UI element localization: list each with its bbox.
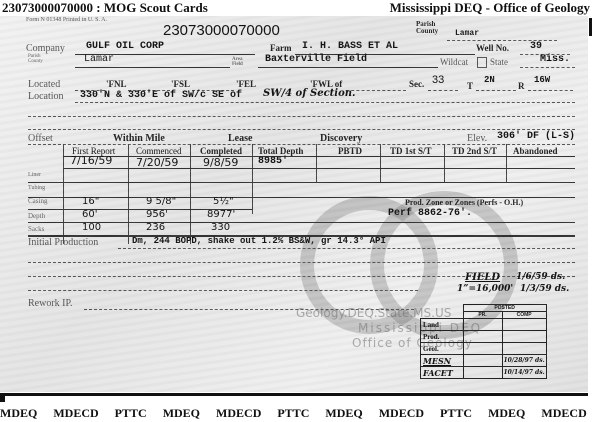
rework-label: Rework IP.	[28, 298, 72, 309]
field-note-label: FIELD	[465, 272, 500, 283]
location-handwritten-value: SW/4 of Section.	[263, 88, 356, 99]
location-line-2	[28, 116, 575, 117]
agency-title: Mississippi DEQ - Office of Geology	[390, 0, 590, 16]
table-divider-3	[252, 144, 253, 214]
header-total-depth: Total Depth	[258, 146, 303, 156]
range-value: 16W	[534, 75, 550, 85]
footer-item: MDEQ	[325, 406, 362, 420]
footer-banner: MDEQ MDECD PTTC MDEQ MDECD PTTC MDEQ MDE…	[0, 404, 594, 422]
card-bottom-edge	[0, 393, 588, 396]
card-edge-mark	[589, 18, 592, 36]
total-depth-value: 8985'	[258, 156, 288, 167]
table-divider-1	[128, 144, 129, 244]
footer-item: MDECD	[53, 406, 98, 420]
company-label: Company	[26, 43, 65, 54]
depth-row-label: Depth	[28, 214, 45, 219]
table-divider-0	[63, 144, 64, 244]
range-label: R	[518, 81, 525, 91]
fnl-label: 'FNL	[106, 79, 127, 89]
located-label: Located	[28, 79, 60, 90]
state-underline	[520, 67, 575, 68]
footer-item: MDEQ	[0, 406, 37, 420]
parish-county-underline	[75, 67, 230, 68]
offset-underline	[28, 144, 575, 145]
footer-item: PTTC	[440, 406, 472, 420]
comp-col-header: COMP	[502, 312, 546, 319]
sacks-value-3: 330	[211, 222, 230, 233]
first-report-value: 7/16/59	[70, 154, 112, 167]
parish-county-value: Lamar	[84, 54, 114, 65]
sec-value: 33	[432, 74, 444, 86]
header-pbtd: PBTD	[338, 146, 362, 156]
posting-mesn-comp: 10/28/97 ds.	[502, 355, 546, 367]
location-underline	[75, 102, 575, 103]
depth-value-1: 60'	[82, 209, 97, 220]
offset-label: Offset	[28, 133, 53, 144]
footer-item: MDECD	[216, 406, 261, 420]
tubing-row-label: Tubing	[28, 186, 45, 191]
farm-value: I. H. BASS ET AL	[302, 41, 398, 52]
posting-table: POSTED PR. COMP Land Prod. Geol.	[420, 304, 547, 379]
posting-row-land: Land	[421, 319, 464, 331]
sacks-row-label: Sacks	[28, 227, 44, 232]
posting-mesn-pr	[463, 355, 502, 367]
company-value: GULF OIL CORP	[86, 41, 164, 52]
elev-label: Elev.	[467, 133, 487, 144]
field-note-scale: 1”=16,000'	[457, 284, 513, 294]
header-completed: Completed	[200, 146, 242, 156]
posting-prod-comp	[502, 331, 546, 343]
liner-row-label: Liner	[28, 173, 41, 178]
county-value: Lamar	[455, 29, 479, 38]
wildcat-checkbox[interactable]	[477, 57, 487, 68]
pr-col-header: PR.	[463, 312, 502, 319]
posting-row-prod: Prod.	[421, 331, 464, 343]
posting-stamp: POSTED PR. COMP Land Prod. Geol.	[420, 304, 580, 379]
page-title: 23073000070000 : MOG Scout Cards	[2, 0, 208, 16]
state-label: State	[490, 57, 508, 67]
footer-item: MDECD	[379, 406, 424, 420]
casing-value-2: 9 5/8"	[146, 196, 176, 207]
casing-row-label: Casing	[28, 199, 47, 204]
well-no-label: Well No.	[476, 43, 509, 53]
depth-row-rule	[28, 222, 575, 223]
parish-county-small-label: Parish County	[28, 54, 46, 64]
prod-zone-value: Perf 8862-76'.	[388, 208, 472, 219]
fel-label: 'FEL	[236, 79, 256, 89]
prod-zone-label: Prod. Zone or Zones (Perfs - O.H.)	[405, 198, 523, 207]
township-value: 2N	[484, 75, 495, 85]
township-label: T	[467, 81, 473, 91]
posted-title: POSTED	[463, 305, 546, 312]
ip-underline-2	[28, 262, 575, 263]
header-commenced: Commenced	[136, 146, 182, 156]
range-underline	[528, 90, 573, 91]
posting-land-comp	[502, 319, 546, 331]
sacks-value-2: 236	[146, 222, 165, 233]
table-divider-7	[506, 144, 507, 182]
posting-land-pr	[463, 319, 502, 331]
posting-prod-pr	[463, 331, 502, 343]
posting-facet-pr	[463, 367, 502, 379]
lease-label: Lease	[228, 133, 252, 144]
field-value: Baxterville Field	[265, 54, 367, 65]
depth-value-3: 8977'	[207, 209, 235, 220]
api-number: 23073000070000	[163, 22, 280, 39]
table-divider-4	[316, 144, 317, 182]
initial-production-label: Initial Production	[28, 237, 98, 248]
township-underline	[476, 90, 516, 91]
location-line-3	[28, 129, 575, 130]
well-no-value: 39	[530, 41, 542, 52]
location-label: Location	[28, 91, 64, 102]
scout-card-image: Geology.DEQ.State.MS.US Mississippi DEQ …	[0, 16, 588, 392]
sec-underline	[428, 90, 458, 91]
field-note-date-2: 1/3/59 ds.	[520, 284, 569, 294]
posting-row-facet: FACET	[421, 367, 464, 379]
form-number: Form N 01348 Printed in U. S. A.	[26, 17, 107, 23]
posting-row-mesn: MESN	[421, 355, 464, 367]
elev-value: 306' DF (L-S)	[497, 131, 575, 142]
ip-underline-4	[28, 290, 418, 291]
footer-item: PTTC	[277, 406, 309, 420]
sec-label: Sec.	[409, 79, 424, 89]
footer-item: MDECD	[541, 406, 586, 420]
casing-value-1: 16"	[82, 196, 99, 207]
parish-county-label: ParishCounty	[416, 21, 438, 35]
ip-underline-1	[118, 248, 575, 249]
posting-facet-comp: 10/14/97 ds.	[502, 367, 546, 379]
card-corner-mark	[0, 393, 5, 402]
footer-item: MDEQ	[163, 406, 200, 420]
header-td-1st-st: TD 1st S/T	[390, 146, 432, 156]
farm-label: Farm	[270, 43, 292, 53]
posting-geol-comp	[502, 343, 546, 355]
depth-value-2: 956'	[146, 209, 168, 220]
initial-production-value: Dm, 244 BOPD, shake out 1.2% BS&W, gr 14…	[132, 236, 386, 246]
field-underline	[258, 67, 438, 68]
dates-value-rule	[63, 168, 575, 169]
card-right-margin	[588, 16, 594, 396]
header-abandoned: Abandoned	[513, 146, 558, 156]
table-divider-2	[190, 144, 191, 244]
location-typed-value: 330'N & 330'E of SW/c SE of	[80, 90, 242, 101]
table-divider-6	[444, 144, 445, 182]
casing-value-3: 5½"	[213, 196, 234, 207]
table-divider-5	[380, 144, 381, 182]
area-field-label: Area Field	[232, 57, 246, 67]
within-mile-label: Within Mile	[113, 133, 165, 144]
header-td-2nd-st: TD 2nd S/T	[452, 146, 497, 156]
footer-item: MDEQ	[488, 406, 525, 420]
sacks-value-1: 100	[82, 222, 101, 233]
wildcat-label: Wildcat	[440, 57, 468, 67]
field-note-date-1: 1/6/59 ds.	[516, 272, 565, 282]
posting-row-geol: Geol.	[421, 343, 464, 355]
rework-underline	[84, 309, 414, 310]
discovery-label: Discovery	[320, 133, 362, 144]
posting-geol-pr	[463, 343, 502, 355]
footer-item: PTTC	[115, 406, 147, 420]
fsl-label: 'FSL	[171, 79, 190, 89]
state-value: Miss.	[540, 54, 570, 65]
liner-row-rule	[28, 182, 575, 183]
